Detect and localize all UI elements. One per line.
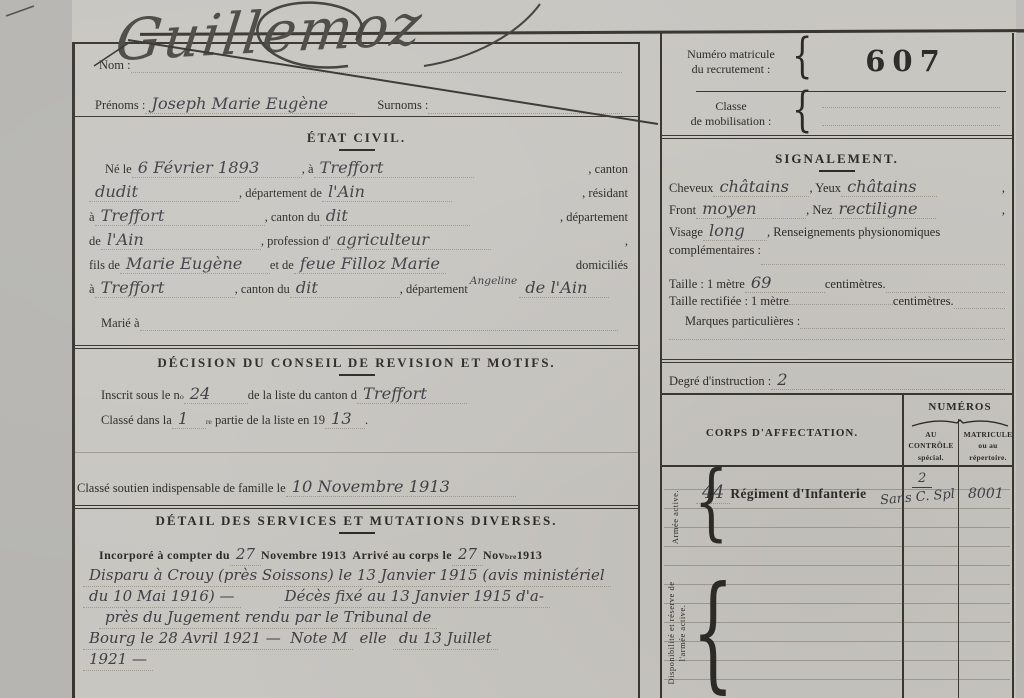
handwritten-text: 6 Février 1893 [132, 158, 302, 178]
handwritten-text: elle [353, 628, 392, 649]
handwritten-text: 24 [184, 384, 248, 404]
married-label: Marié à [101, 316, 140, 331]
section-divider [72, 505, 640, 509]
married-blank-line [140, 329, 618, 331]
surnames-blank-line [428, 112, 622, 114]
handwritten-text: agriculteur [331, 230, 491, 250]
handwritten-text: du 13 Juillet [393, 628, 498, 650]
handwritten-text: moyen [696, 199, 806, 219]
handwritten-text: du 10 Mai 1916) — [83, 586, 241, 608]
divider-line [75, 116, 638, 117]
printed-text: , [1002, 203, 1005, 218]
printed-text: , profession d' [261, 234, 331, 249]
civil-status-title: ÉTAT CIVIL. [75, 130, 638, 146]
handwritten-text: 27 [452, 544, 483, 566]
height-corrected-row: Taille rectifiée : 1 mètrecentimètres. [669, 294, 1005, 309]
handwritten-text: près du Jugement rendu par le Tribunal d… [99, 607, 437, 629]
services-title: DÉTAIL DES SERVICES ET MUTATIONS DIVERSE… [75, 513, 638, 529]
inscription-row: Inscrit sous le no24de la liste du canto… [101, 384, 568, 404]
printed-text: , résidant [582, 186, 628, 201]
printed-text: Novembre 1913 Arrivé au corps le [261, 545, 452, 566]
special-control-superscript: 2 [912, 469, 932, 488]
numbers-column-header: NUMÉROS [904, 401, 1016, 413]
printed-text: complémentaires : [669, 243, 761, 258]
blank-line [669, 339, 1005, 340]
title-rule [819, 170, 855, 172]
table-top-border [660, 393, 1014, 395]
handwritten-text: Treffort [95, 206, 265, 226]
handwritten-text: Angeline [468, 274, 519, 287]
printed-text: centimètres. [893, 294, 954, 309]
handwritten-text [789, 304, 893, 305]
printed-text: Front [669, 203, 696, 218]
section-divider [660, 135, 1014, 139]
brace-glyph: { [792, 31, 812, 79]
printed-text: , département [560, 210, 628, 225]
handwritten-text: Disparu à Crouy (près Soissons) le 13 Ja… [83, 565, 611, 587]
services-line: Incorporé à compter du27Novembre 1913 Ar… [83, 544, 630, 565]
printed-text: Nov [483, 545, 505, 566]
divider-line [696, 91, 1006, 92]
services-line: près du Jugement rendu par le Tribunal d… [83, 607, 630, 628]
printed-text: Cheveux [669, 181, 713, 196]
printed-text [831, 388, 1005, 390]
civil-status-line: Né le6 Février 1893, àTreffort, canton [89, 158, 628, 182]
handwritten-text: châtains [841, 177, 937, 197]
education-level-row: Degré d'instruction :2 [669, 370, 1005, 390]
printed-text: Régiment d'Infanterie [730, 486, 866, 502]
civil-status-line: àTreffort, canton dudit, département [89, 206, 628, 230]
printed-text: Classé dans la [101, 413, 172, 428]
description-line: Cheveuxchâtains, Yeuxchâtains, [669, 177, 1005, 199]
handwritten-text: dudit [89, 182, 239, 202]
height-row: Taille : 1 mètre69centimètres. [669, 273, 1005, 293]
description-line: Visagelong, Renseignements physionomique… [669, 221, 1005, 243]
handwritten-text: 10 Novembre 1913 [286, 477, 516, 497]
printed-text: de [89, 234, 101, 249]
civil-status-line: dudit, département del'Ain, résidant [89, 182, 628, 206]
mobilization-class-label: Classe de mobilisation : [668, 99, 794, 129]
handwritten-text: Sans C. Spl [874, 486, 962, 509]
revision-council-header: DÉCISION DU CONSEIL DE REVISION ET MOTIF… [75, 355, 638, 376]
printed-text: , [1002, 181, 1005, 196]
matricule-repertoire-subheader: MATRICULE ou au répertoire. [960, 429, 1016, 463]
section-divider [660, 359, 1014, 363]
printed-text: . [365, 413, 368, 428]
matricule-number-value: 607 [820, 44, 992, 78]
printed-text [800, 327, 1005, 329]
list-part-row: Classé dans la1re partie de la liste en … [101, 409, 508, 429]
firstnames-row: Prénoms : Joseph Marie Eugène Surnoms : [95, 94, 622, 114]
printed-text: , à [302, 162, 314, 177]
scan-left-margin [0, 0, 72, 698]
handwritten-text: de l'Ain [519, 278, 609, 298]
firstnames-label: Prénoms : [95, 98, 145, 113]
printed-text: , Yeux [809, 181, 841, 196]
printed-text: bre [505, 546, 517, 567]
handwritten-text: Bourg le 28 Avril 1921 — Note M [83, 628, 353, 650]
title-rule [339, 532, 375, 534]
brace-glyph: { [694, 460, 728, 544]
particular-marks-row: Marques particulières : [669, 314, 1005, 329]
handwritten-number: 2 [912, 471, 932, 486]
scan-right-margin [1016, 0, 1024, 698]
printed-text: Degré d'instruction : [669, 374, 771, 389]
printed-text: de la liste du canton d [248, 388, 357, 403]
printed-text: Taille rectifiée : 1 mètre [669, 294, 789, 309]
printed-text [886, 291, 1005, 293]
civil-status-line: fils deMarie Eugèneet defeue Filloz Mari… [89, 254, 628, 278]
matricule-repertoire-value: 8001 [962, 485, 1010, 503]
firstnames-value: Joseph Marie Eugène [145, 94, 355, 114]
printed-text: Visage [669, 225, 703, 240]
handwritten-text: Treffort [357, 384, 467, 404]
printed-text: Incorporé à compter du [99, 545, 230, 566]
recruitment-panel: Numéro matricule du recrutement : { 607 … [660, 33, 1014, 698]
handwritten-text: dit [290, 278, 400, 298]
printed-text: centimètres. [825, 277, 886, 292]
handwritten-text: 1921 — [83, 649, 153, 671]
printed-text: partie de la liste en 19 [212, 413, 325, 428]
faint-rule-line [75, 452, 638, 453]
printed-text: Marques particulières : [685, 314, 800, 329]
printed-text: et de [270, 258, 294, 273]
handwritten-number: 8001 [962, 486, 1010, 502]
handwritten-text: l'Ain [322, 182, 452, 202]
blank-line [822, 125, 1000, 126]
handwritten-text: 27 [230, 544, 261, 566]
services-line: Bourg le 28 Avril 1921 — Note Melledu 13… [83, 628, 630, 649]
printed-text: , canton [588, 162, 628, 177]
printed-text: , Renseignements physionomiques [767, 225, 940, 240]
handwritten-text: l'Ain [101, 230, 261, 250]
services-line: du 10 Mai 1916) —Décès fixé au 13 Janvie… [83, 586, 630, 607]
printed-text: 1913 [517, 545, 543, 566]
description-line: complémentaires : [669, 243, 1005, 265]
married-row: Marié à [101, 316, 618, 331]
surnames-label: Surnoms : [377, 98, 428, 113]
printed-text: domiciliés [576, 258, 628, 273]
services-line: 1921 — [83, 649, 630, 670]
printed-text [954, 307, 1005, 309]
blank-line [822, 107, 1000, 108]
special-control-value: Sans C. Spl [874, 488, 961, 506]
printed-text: , [625, 234, 628, 249]
civil-status-section-header: ÉTAT CIVIL. [75, 130, 638, 151]
title-rule [339, 149, 375, 151]
handwritten-text: 2 [771, 370, 831, 390]
handwritten-text: 13 [325, 409, 365, 429]
civil-status-line: del'Ain, profession d'agriculteur, [89, 230, 628, 254]
handwritten-text: long [703, 221, 767, 241]
printed-text: , département [400, 282, 468, 297]
special-control-subheader: AU CONTRÔLE spécial. [904, 429, 958, 463]
services-section-header: DÉTAIL DES SERVICES ET MUTATIONS DIVERSE… [75, 513, 638, 534]
matricule-number-label: Numéro matricule du recrutement : [668, 47, 794, 77]
description-title: SIGNALEMENT. [662, 151, 1012, 167]
scanned-military-record-page: Nom : Prénoms : Joseph Marie Eugène Surn… [0, 0, 1024, 698]
civil-status-paragraph: Né le6 Février 1893, àTreffort, canton d… [89, 158, 628, 302]
printed-text: fils de [89, 258, 120, 273]
handwritten-text: feue Filloz Marie [294, 254, 446, 274]
description-line: Frontmoyen, Nezrectiligne, [669, 199, 1005, 221]
printed-text: Taille : 1 mètre [669, 277, 745, 292]
printed-text: , département de [239, 186, 322, 201]
services-paragraph: Incorporé à compter du27Novembre 1913 Ar… [83, 544, 630, 670]
printed-text [761, 263, 1005, 265]
revision-council-title: DÉCISION DU CONSEIL DE REVISION ET MOTIF… [75, 355, 638, 371]
numbers-overbrace [910, 417, 1010, 427]
printed-text: , canton du [265, 210, 320, 225]
brace-glyph: { [692, 571, 734, 696]
family-support-row: Classé soutien indispensable de famille … [77, 477, 598, 497]
services-line: Disparu à Crouy (près Soissons) le 13 Ja… [83, 565, 630, 586]
handwritten-text: 1 [172, 409, 206, 429]
civil-status-line: àTreffort, canton dudit, départementAnge… [89, 278, 628, 302]
title-rule [339, 374, 375, 376]
handwritten-text: Treffort [95, 278, 235, 298]
printed-text: Inscrit sous le n [101, 388, 180, 403]
handwritten-text: 69 [745, 273, 825, 293]
printed-text: , Nez [806, 203, 832, 218]
printed-text: Né le [105, 162, 132, 177]
civil-status-panel: Nom : Prénoms : Joseph Marie Eugène Surn… [72, 42, 640, 698]
printed-text: , canton du [235, 282, 290, 297]
printed-text: Classé soutien indispensable de famille … [77, 481, 286, 496]
handwritten-text: dit [320, 206, 470, 226]
corps-column-header: CORPS D'AFFECTATION. [662, 427, 902, 439]
section-divider [72, 345, 640, 349]
handwritten-text: Marie Eugène [120, 254, 270, 274]
handwritten-text: châtains [713, 177, 809, 197]
brace-glyph: { [792, 85, 812, 133]
handwritten-text: rectiligne [832, 199, 936, 219]
handwritten-text: Treffort [314, 158, 474, 178]
description-rows: Cheveuxchâtains, Yeuxchâtains, Frontmoye… [669, 177, 1005, 265]
description-section-header: SIGNALEMENT. [662, 151, 1012, 172]
name-blank-line [131, 71, 622, 73]
handwritten-text: Décès fixé au 13 Janvier 1915 d'a- [279, 586, 550, 608]
